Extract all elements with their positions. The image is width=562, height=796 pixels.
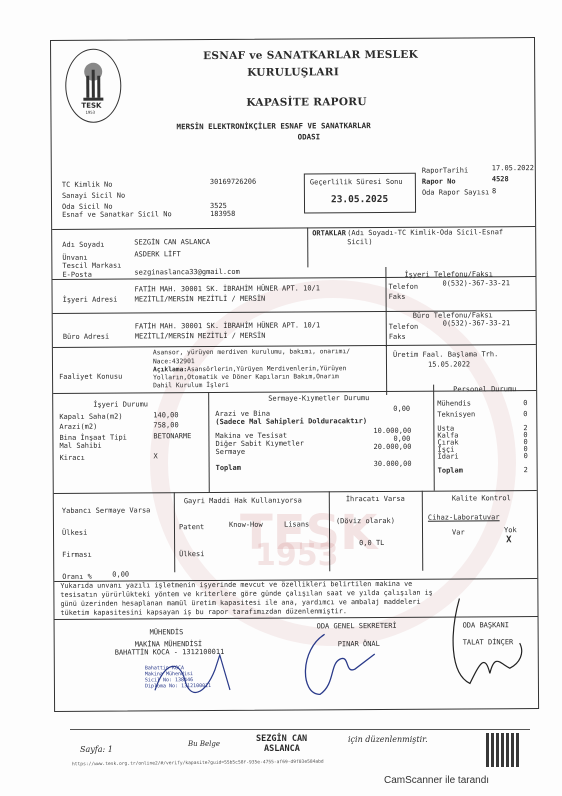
president-signature-icon [439,593,535,694]
workplace-status-value: X [154,452,158,461]
footer-doc-name-1: SEZGİN CAN [256,734,307,744]
partners-label-bold: ORTAKLAR [312,229,346,237]
foreign-ratio-value: 0,00 [112,571,129,580]
office-fax-label: Faks [389,333,406,342]
org-title-line2: KURULUŞLARI [247,66,339,79]
report-no-value: 4528 [492,175,509,184]
intangible-license: Lisans [284,520,309,529]
partners-label-rest: (Adı Soyadı-TC Kimlik-Oda Sicil-Esnaf Si… [347,228,517,247]
export-subtitle: (Döviz olarak) [336,517,395,526]
start-date-value: 15.05.2022 [428,360,470,369]
intangible-title: Gayri Maddi Hak Kullanıyorsa [184,496,302,506]
land-note: (Sadece Mal Sahipleri Dolduracaktır) [215,417,367,427]
chamber-line1: MERSİN ELEKTRONİKÇİLER ESNAF VE SANATKAR… [177,121,371,131]
personnel-label: Teknisyen [437,410,475,419]
logo-text: TESK [81,102,101,110]
start-date-label: Üretim Faal. Başlama Trh. [393,350,498,360]
office-address-line2: MEZİTLİ/MERSİN MEZİTLİ / MERSİN [135,332,266,342]
name-value: SEZGİN CAN ASLANCA [134,238,210,247]
workplace-status-title: İşyeri Durumu [93,400,148,409]
quality-device: Cihaz-Laboratuvar [428,513,500,522]
camscanner-watermark: CamScanner ile tarandı [384,775,489,786]
personnel-total-value: 2 [524,466,528,475]
personnel-value: 0 [523,410,527,419]
tc-value: 30169726206 [210,178,256,187]
engineer-signature-icon [145,650,245,701]
export-title: İhracatı Varsa [346,495,405,504]
workplace-status-value: 140,00 [153,411,178,420]
activity-desc-line3: Dahil Kurulum İşleri [153,381,229,390]
quality-mark: X [506,536,511,545]
workplace-status-label: Arazi(m2) [59,423,97,432]
office-address-line1: FATİH MAH. 30001 SK. İBRAHİM HÜNER APT. … [135,321,320,331]
office-address-label: Büro Adresi [63,333,109,342]
capital-label: Sermaye [215,448,245,457]
report-date-value: 17.05.2022 [492,164,534,173]
office-phone-label: Telefon [389,323,419,332]
logo-year: 1953 [85,110,95,115]
footer-doc-name-2: ASLANCA [264,744,300,754]
capital-total-label: Toplam [216,464,241,473]
foreign-title: Yabancı Sermaye Varsa [62,506,151,516]
workplace-status-value: 758,00 [153,421,178,430]
workplace-phone-label: Telefon [388,283,418,292]
esnaf-sicil-value: 183958 [210,210,235,219]
personnel-value: 0 [524,452,528,461]
validity-label: Geçerlilik Süresi Sonu [310,178,403,188]
org-title-line1: ESNAF ve SANATKARLAR MESLEK [203,49,418,62]
personnel-label: Mühendis [437,399,471,408]
footer-doc-suffix: için düzenlenmiştir. [348,735,428,744]
engineer-title: MÜHENDİS [150,628,184,637]
footer-page: Sayfa: 1 [80,745,113,754]
intangible-country-label: Ülkesi [179,550,204,559]
intangible-knowhow: Know-How [229,521,263,530]
foreign-company-label: Firması [62,551,92,560]
workplace-address-line2: MEZİTLİ/MERSİN MEZİTLİ / MERSİN [135,295,266,305]
document-frame: TESK 1953 ESNAF ve SANATKARLAR MESLEK KU… [50,37,539,712]
personnel-list: Mühendis0Teknisyen0Usta2Kalfa0Çırak0İşçi… [51,38,534,41]
report-no-label: Rapor No [422,178,456,187]
scanned-document: TESK 1953 TESK 1953 ESNAF ve SANATKARLAR… [0,0,562,796]
workplace-phone-value: 0(532)-367-33-21 [442,279,509,288]
tesk-logo: TESK 1953 [65,49,121,123]
workplace-status-value: BETONARME [153,432,191,441]
report-title: KAPASİTE RAPORU [246,96,366,109]
secretary-signature-icon [295,624,385,700]
personnel-value: 0 [523,399,527,408]
statement-line4: tüketim kapasitesini kapsayan iş bu rapo… [60,607,347,618]
verify-url[interactable]: https://www.tesk.org.tr/online2/#/verify… [72,760,324,768]
report-count-label: Oda Rapor Sayısı [422,188,489,197]
quality-no: Yok [504,526,517,535]
partners-label: ORTAKLAR [312,229,346,238]
qr-code-icon[interactable] [486,733,520,767]
workplace-address-line1: FATİH MAH. 30001 SK. İBRAHİM HÜNER APT. … [135,284,320,294]
sanayi-label: Sanayi Sicil No [62,192,125,201]
workplace-address-label: İşyeri Adresi [63,296,118,305]
office-phone-value: 0(532)-367-33-21 [443,319,510,328]
capital-title: Sermaye-Kıymetler Durumu [268,394,369,404]
footer-doc-prefix: Bu Belge [188,740,220,748]
foreign-country-label: Ülkesi [62,529,87,538]
esnaf-sicil-label: Esnaf ve Sanatkar Sicil No [62,210,172,220]
workplace-status-label: Kiracı [60,454,85,463]
chamber-line2: ODASI [298,132,321,141]
export-value: 0,0 TL [359,539,384,548]
tc-label: TC Kimlik No [62,181,113,190]
land-value: 0,00 [393,405,410,414]
workplace-fax-label: Faks [389,293,406,302]
personnel-title: Personel Durumu [453,385,516,394]
quality-title: Kalite Kontrol [452,494,511,503]
capital-value: 20.000,00 [373,443,411,452]
quality-yes: Var [452,528,465,537]
validity-box: Geçerlilik Süresi Sonu 23.05.2025 [304,173,416,214]
brand-label: Tescil Markası [62,262,121,271]
email-value: sezginaslanca33@gmail.com [134,268,239,278]
report-count-value: 8 [492,187,496,196]
activity-line1: Asansor, yürüyen merdiven kurulumu, bakı… [153,347,350,357]
capital-total-value: 30.000,00 [374,460,412,469]
intangible-patent: Patent [179,523,204,532]
personnel-total-label: Toplam [438,466,463,475]
activity-label: Faaliyet Konusu [59,373,122,382]
name-label: Adı Soyadı [62,241,104,250]
workplace-status-list: Kapalı Saha(m2)140,00Arazi(m2)758,00Bina… [51,38,534,41]
workplace-status-label: Mal Sahibi [59,442,101,451]
report-date-label: RaporTarihi [422,166,468,175]
validity-date: 23.05.2025 [331,194,388,205]
title-value: ASDERK LİFT [134,250,180,259]
personnel-label: İdari [438,453,459,462]
workplace-status-label: Kapalı Saha(m2) [59,413,122,422]
